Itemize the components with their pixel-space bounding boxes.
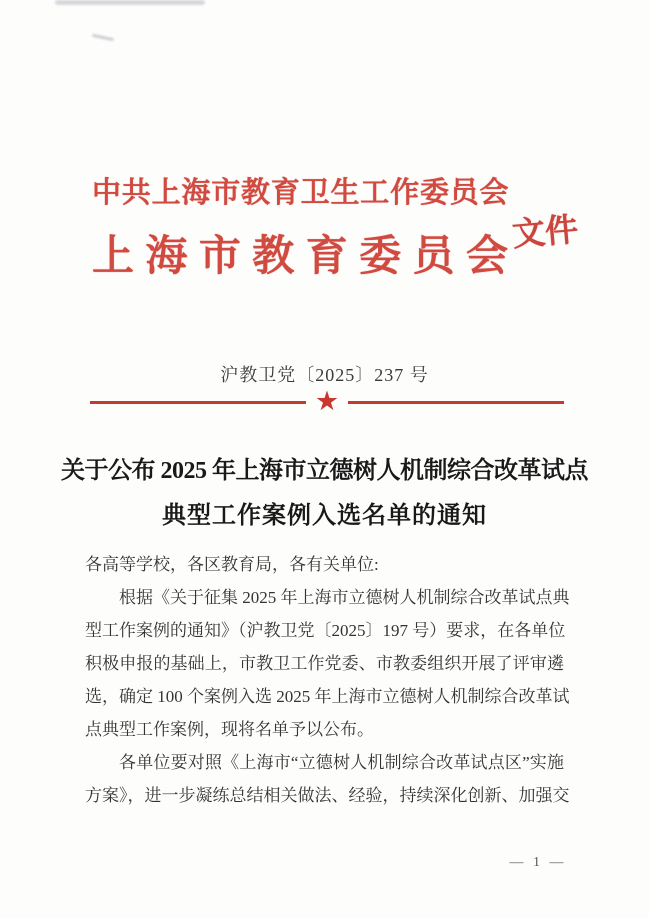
body-line: 积极申报的基础上，市教卫工作党委、市教委组织开展了评审遴 — [85, 647, 564, 680]
document-title-line2: 典型工作案例入选名单的通知 — [60, 495, 589, 530]
org-name-line2: 上海市教育委员会 — [92, 223, 508, 283]
body-line: 点典型工作案例，现将名单予以公布。 — [85, 713, 564, 746]
scan-artifact-smudge — [55, 0, 205, 5]
body-salutation: 各高等学校，各区教育局，各有关单位: — [85, 548, 564, 581]
doc-number: 沪教卫党〔2025〕237 号 — [0, 361, 649, 387]
body-line: 方案》，进一步凝练总结相关做法、经验，持续深化创新、加强交 — [85, 779, 564, 812]
body-line: 根据《关于征集 2025 年上海市立德树人机制综合改革试点典 — [85, 581, 564, 614]
body-line: 选，确定 100 个案例入选 2025 年上海市立德树人机制综合改革试 — [85, 680, 564, 713]
document-title-line1: 关于公布 2025 年上海市立德树人机制综合改革试点 — [60, 450, 589, 485]
body-line: 型工作案例的通知》（沪教卫党〔2025〕197 号）要求，在各单位 — [85, 614, 564, 647]
star-icon: ★ — [315, 387, 339, 415]
document-body: 各高等学校，各区教育局，各有关单位: 根据《关于征集 2025 年上海市立德树人… — [85, 548, 564, 812]
page-number: — 1 — — [498, 855, 578, 871]
rule-left-segment — [90, 401, 306, 404]
red-separator-rule: ★ — [90, 388, 564, 416]
rule-right-segment — [348, 401, 564, 404]
scan-artifact-mark — [92, 34, 114, 42]
letterhead: 中共上海市教育卫生工作委员会 上海市教育委员会 — [92, 170, 508, 283]
document-page: 中共上海市教育卫生工作委员会 上海市教育委员会 文件 沪教卫党〔2025〕237… — [0, 0, 649, 918]
body-line: 各单位要对照《上海市“立德树人机制综合改革试点区”实施 — [85, 746, 564, 779]
org-name-line1: 中共上海市教育卫生工作委员会 — [92, 170, 508, 211]
doc-type-label: 文件 — [510, 203, 580, 256]
document-title: 关于公布 2025 年上海市立德树人机制综合改革试点 典型工作案例入选名单的通知 — [60, 450, 589, 530]
